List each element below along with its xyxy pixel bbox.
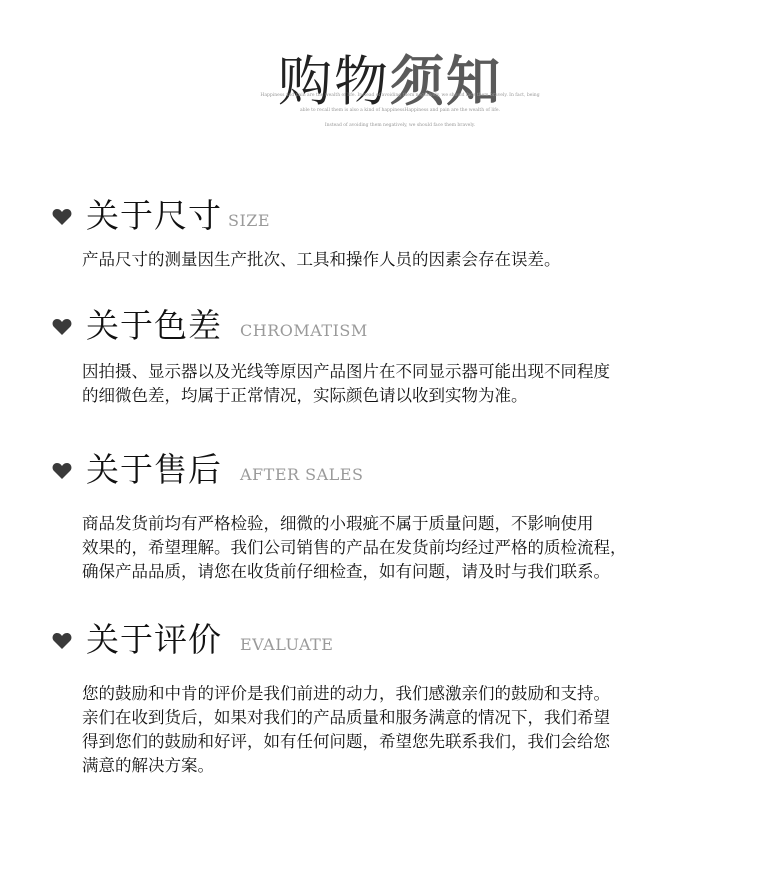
body-line: 商品发货前均有严格检验，细微的小瑕疵不属于质量问题，不影响使用 [82, 512, 752, 536]
section-body: 因拍摄、显示器以及光线等原因产品图片在不同显示器可能出现不同程度 的细微色差，均… [82, 360, 752, 408]
body-line: 因拍摄、显示器以及光线等原因产品图片在不同显示器可能出现不同程度 [82, 360, 752, 384]
body-line: 产品尺寸的测量因生产批次、工具和操作人员的因素会存在误差。 [82, 248, 752, 272]
heart-icon [52, 318, 72, 336]
section-title-cn: 关于色差 [86, 306, 222, 346]
section-title-cn: 关于评价 [86, 620, 222, 660]
section-title-cn: 关于尺寸 [86, 196, 222, 236]
section-heading: 关于评价 EVALUATE [52, 616, 752, 660]
section-chromatism: 关于色差 CHROMATISM 因拍摄、显示器以及光线等原因产品图片在不同显示器… [52, 302, 752, 408]
body-line: 确保产品品质，请您在收货前仔细检查，如有问题，请及时与我们联系。 [82, 560, 752, 584]
tagline-line: Happiness and pain are the wealth of lif… [240, 88, 560, 103]
heart-icon [52, 462, 72, 480]
section-body: 您的鼓励和中肯的评价是我们前进的动力，我们感激亲们的鼓励和支持。 亲们在收到货后… [82, 682, 752, 778]
body-line: 的细微色差，均属于正常情况，实际颜色请以收到实物为准。 [82, 384, 752, 408]
section-title-en: AFTER SALES [240, 465, 363, 484]
tagline-line: able to recall them is also a kind of ha… [240, 103, 560, 118]
section-body: 产品尺寸的测量因生产批次、工具和操作人员的因素会存在误差。 [82, 248, 752, 272]
section-title-en: CHROMATISM [240, 321, 368, 340]
section-title-en: SIZE [228, 211, 270, 230]
body-line: 您的鼓励和中肯的评价是我们前进的动力，我们感激亲们的鼓励和支持。 [82, 682, 752, 706]
heart-icon [52, 632, 72, 650]
section-after-sales: 关于售后 AFTER SALES 商品发货前均有严格检验，细微的小瑕疵不属于质量… [52, 446, 752, 584]
section-heading: 关于售后 AFTER SALES [52, 446, 752, 490]
section-title-en: EVALUATE [240, 635, 333, 654]
section-evaluate: 关于评价 EVALUATE 您的鼓励和中肯的评价是我们前进的动力，我们感激亲们的… [52, 616, 752, 778]
body-line: 亲们在收到货后，如果对我们的产品质量和服务满意的情况下，我们希望 [82, 706, 752, 730]
body-line: 满意的解决方案。 [82, 754, 752, 778]
tagline-line: Instead of avoiding them negatively, we … [240, 118, 560, 133]
heart-icon [52, 208, 72, 226]
tagline: Happiness and pain are the wealth of lif… [240, 88, 560, 133]
body-line: 得到您们的鼓励和好评，如有任何问题，希望您先联系我们，我们会给您 [82, 730, 752, 754]
section-body: 商品发货前均有严格检验，细微的小瑕疵不属于质量问题，不影响使用 效果的，希望理解… [82, 512, 752, 584]
section-heading: 关于色差 CHROMATISM [52, 302, 752, 346]
body-line: 效果的，希望理解。我们公司销售的产品在发货前均经过严格的质检流程， [82, 536, 752, 560]
section-heading: 关于尺寸 SIZE [52, 192, 752, 236]
section-size: 关于尺寸 SIZE 产品尺寸的测量因生产批次、工具和操作人员的因素会存在误差。 [52, 192, 752, 272]
section-title-cn: 关于售后 [86, 450, 222, 490]
